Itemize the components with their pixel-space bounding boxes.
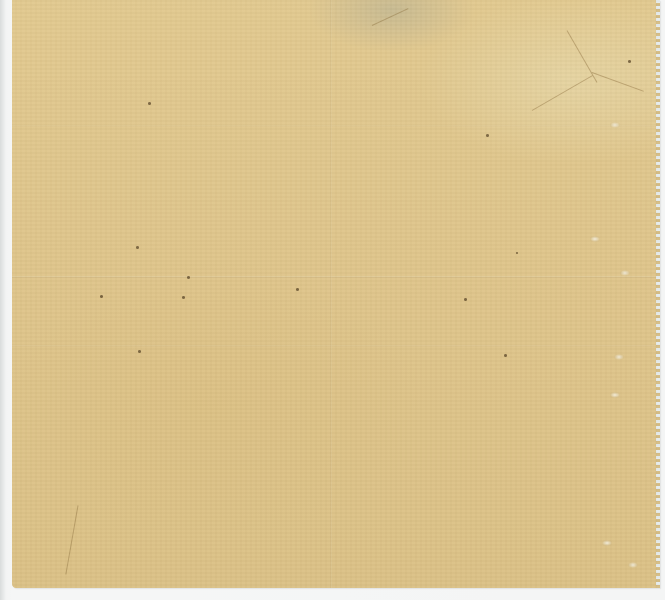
crease-crack xyxy=(592,72,644,92)
paper-flaw xyxy=(610,122,620,128)
speck xyxy=(187,276,190,279)
crease-crack xyxy=(65,505,78,574)
fold-line xyxy=(12,345,660,347)
speck xyxy=(100,295,103,298)
aged-paper-sheet xyxy=(12,0,660,588)
fold-line xyxy=(12,125,660,127)
paper-flaw xyxy=(590,236,600,242)
paper-flaw xyxy=(620,270,630,276)
speck xyxy=(138,350,141,353)
speck xyxy=(136,246,139,249)
speck xyxy=(516,252,518,254)
speck xyxy=(486,134,489,137)
paper-flaw xyxy=(614,354,624,360)
speck xyxy=(628,60,631,63)
speck xyxy=(504,354,507,357)
perforated-edge xyxy=(656,0,660,588)
fold-line xyxy=(12,276,660,278)
crease-crack xyxy=(532,75,593,111)
paper-flaw xyxy=(628,562,638,568)
speck xyxy=(182,296,185,299)
fold-line-vertical xyxy=(330,0,332,588)
paper-flaw xyxy=(602,540,612,546)
speck xyxy=(296,288,299,291)
speck xyxy=(148,102,151,105)
speck xyxy=(464,298,467,301)
paper-flaw xyxy=(610,392,620,398)
crease-crack xyxy=(372,8,409,26)
